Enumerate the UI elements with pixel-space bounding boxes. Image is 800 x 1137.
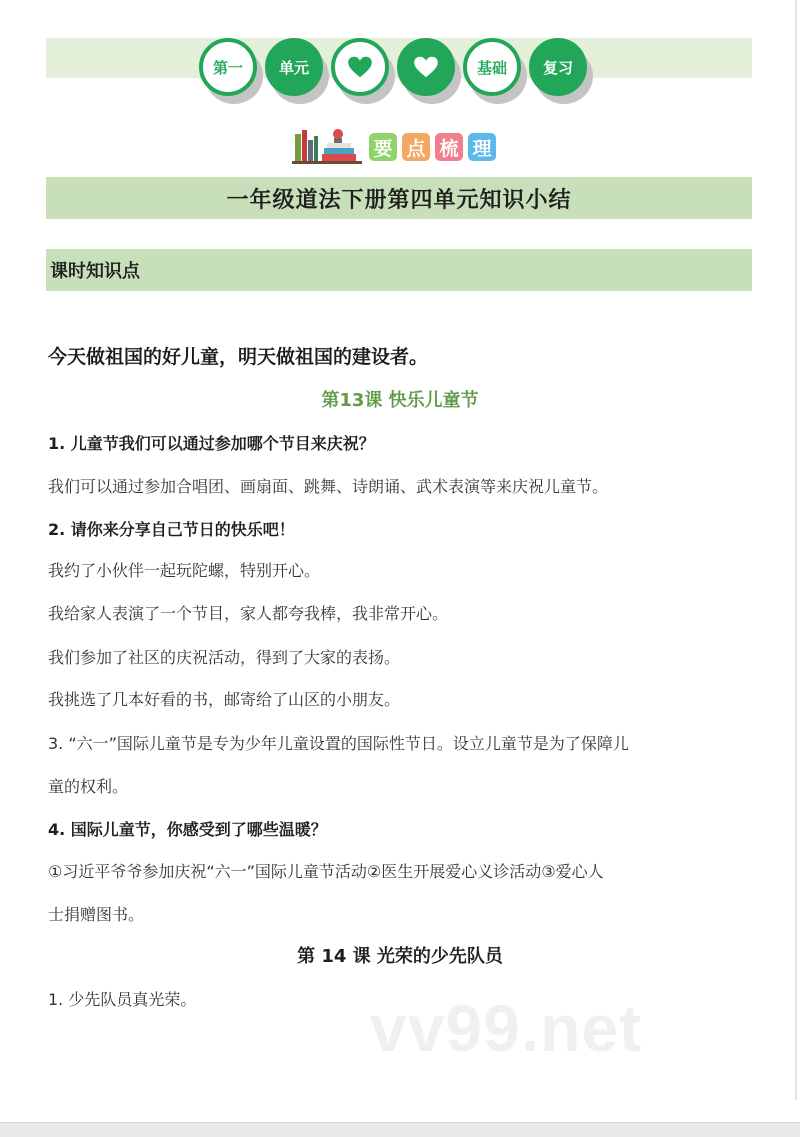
lesson-14-title: 第 14 课 光荣的少先队员 <box>0 942 800 968</box>
header-badges: 第一 单元 基础 复习 <box>199 38 591 108</box>
badge-basic: 基础 <box>463 38 525 104</box>
bookshelf-icon <box>290 126 364 164</box>
heart-icon <box>413 56 439 78</box>
document-title-band: 一年级道法下册第四单元知识小结 <box>46 177 752 219</box>
answer-1: 我们可以通过参加合唱团、画扇面、跳舞、诗朗诵、武术表演等来庆祝儿童节。 <box>48 474 608 497</box>
badge-label: 基础 <box>463 38 521 96</box>
answer-2-line-4: 我挑选了几本好看的书，邮寄给了山区的小朋友。 <box>48 687 400 710</box>
badge-label: 第一 <box>199 38 257 96</box>
badge-heart-filled <box>397 38 459 104</box>
tile-li: 理 <box>468 133 496 161</box>
answer-2-line-3: 我们参加了社区的庆祝活动，得到了大家的表扬。 <box>48 645 400 668</box>
page-right-border <box>795 0 797 1100</box>
question-1: 1. 儿童节我们可以通过参加哪个节目来庆祝？ <box>48 431 375 454</box>
badge-label: 单元 <box>265 38 323 96</box>
answer-4-line-1: ①习近平爷爷参加庆祝“六一”国际儿童节活动②医生开展爱心义诊活动③爱心人 <box>48 859 604 882</box>
watermark: vv99.net <box>370 990 642 1066</box>
tile-shu: 梳 <box>435 133 463 161</box>
key-points-logo: 要 点 梳 理 <box>290 124 496 164</box>
lesson-13-title: 第13课 快乐儿童节 <box>0 386 800 412</box>
answer-2-line-1: 我约了小伙伴一起玩陀螺，特别开心。 <box>48 558 320 581</box>
badge-review: 复习 <box>529 38 591 104</box>
question-4: 4. 国际儿童节，你感受到了哪些温暖？ <box>48 817 327 840</box>
motto: 今天做祖国的好儿童，明天做祖国的建设者。 <box>48 342 428 369</box>
point-3-line-1: 3. “六一”国际儿童节是专为少年儿童设置的国际性节日。设立儿童节是为了保障儿 <box>48 731 629 754</box>
badge-unit: 单元 <box>265 38 327 104</box>
tile-yao: 要 <box>369 133 397 161</box>
bottom-scroll-bar[interactable] <box>0 1122 800 1137</box>
point-3-line-2: 童的权利。 <box>48 774 128 797</box>
badge-heart-outline <box>331 38 393 104</box>
question-2: 2. 请你来分享自己节日的快乐吧！ <box>48 517 295 540</box>
badge-label: 复习 <box>529 38 587 96</box>
badge-first: 第一 <box>199 38 261 104</box>
answer-4-line-2: 士捐赠图书。 <box>48 902 144 925</box>
tile-dian: 点 <box>402 133 430 161</box>
document-title: 一年级道法下册第四单元知识小结 <box>226 183 571 214</box>
lesson-14-point-1: 1. 少先队员真光荣。 <box>48 987 196 1010</box>
badge-circle <box>331 38 389 96</box>
answer-2-line-2: 我给家人表演了一个节目，家人都夸我棒，我非常开心。 <box>48 601 448 624</box>
section-heading: 课时知识点 <box>46 257 140 283</box>
badge-circle <box>397 38 455 96</box>
heart-icon <box>347 56 373 78</box>
section-heading-band: 课时知识点 <box>46 249 752 291</box>
